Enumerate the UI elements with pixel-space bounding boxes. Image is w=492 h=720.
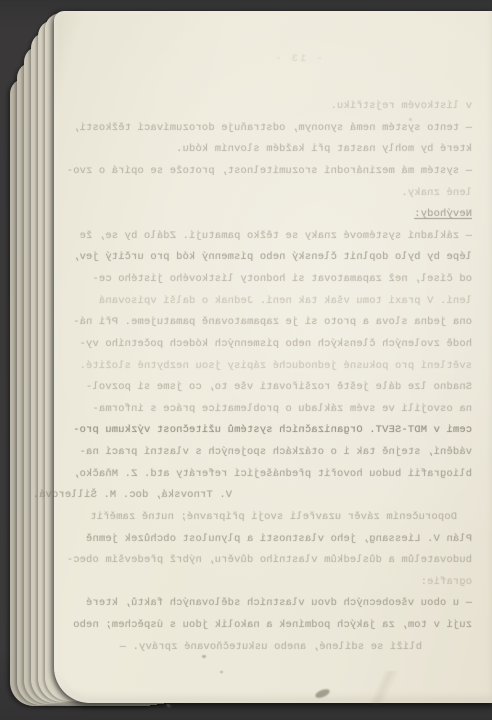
text-line: blíží se sdílené, anebo uskutečňované zp… [58, 637, 472, 659]
text-line: světlení pro pokusné jednoduché zápisy j… [58, 356, 472, 378]
text-line: budovatelům a důsledkům vlastního důvěru… [58, 550, 472, 572]
text-line: zují v tom, za jakých podmínek a nakolik… [58, 615, 472, 637]
text-line: ografie: [58, 572, 472, 594]
text-line: — tento systém nemá synonym, odstraňuje … [58, 118, 472, 140]
text-line: lené znaky. [58, 183, 472, 205]
text-line: které by mohly nastat při každém slovním… [58, 139, 472, 161]
text-line: Plán V. Liessang, jeho vlastnosti a plyn… [58, 529, 472, 551]
text-line: bliografii budou hovořit přednášející re… [58, 464, 472, 486]
text-line: Doporučením závěr uzavřeli svoji příprav… [58, 507, 472, 529]
text-line: na osvojili ve svém základu o problemati… [58, 399, 472, 421]
text-line: — u obou všeobecných dvou vlastních sděl… [58, 593, 472, 615]
text-line: v lístkovém rejstříku. [58, 96, 472, 118]
typewritten-text-block: v lístkovém rejstříku.— tento systém nem… [58, 96, 472, 658]
text-line: od čísel, než zapamatovat si hodnoty lís… [58, 269, 472, 291]
text-line: — systém má mezinárodní srozumitelnost, … [58, 161, 472, 183]
page-number: - 13 - [258, 53, 338, 65]
text-line: lení. V praxi tomu však tak není. Jednak… [58, 291, 472, 313]
smudge-mark [314, 687, 331, 699]
text-line: V. Trnovská, doc. M. Šillerová. [58, 485, 472, 507]
text-line: vádění, stejně tak i o otázkách spojenýc… [58, 442, 472, 464]
text-line: hodě zvolených členských nebo písmenných… [58, 334, 472, 356]
text-line-heading: Nevýhody: [58, 204, 472, 226]
text-line: — základní systémové znaky se těžko pama… [58, 226, 472, 248]
text-line: cemi v MDT-SEVT. Organizačních systémů u… [58, 420, 472, 442]
text-line: lépe by bylo doplnit členský nebo písmen… [58, 247, 472, 269]
scanned-document-photo: - 13 - v lístkovém rejstříku.— tento sys… [0, 0, 492, 720]
dust-speck [220, 671, 223, 673]
crease-shadow [346, 671, 420, 705]
dust-speck [166, 703, 172, 708]
text-line: ona jedna slova a proto si je zapamatova… [58, 312, 472, 334]
text-line: Snadno lze dále ještě rozšiřovati vše to… [58, 377, 472, 399]
